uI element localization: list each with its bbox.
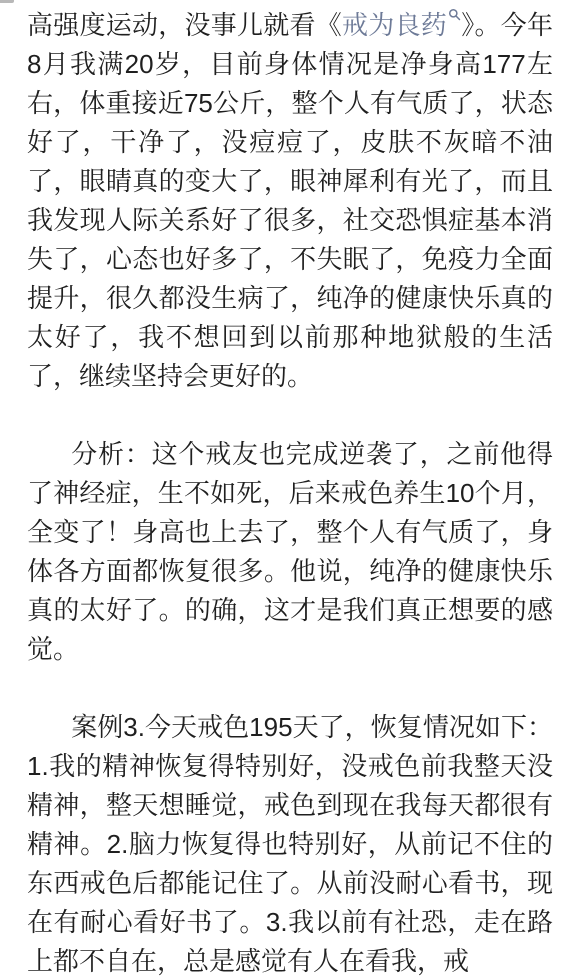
search-icon[interactable] xyxy=(448,8,461,21)
book-title-link[interactable]: 戒为良药 xyxy=(342,10,461,40)
book-title-text: 戒为良药 xyxy=(342,10,447,40)
paragraph-2: 分析：这个戒友也完成逆袭了，之前他得了神经症，生不如死，后来戒色养生10个月，全… xyxy=(27,435,553,669)
screen-edge-artifact xyxy=(0,0,14,3)
paragraph-1-lead-text: 高强度运动，没事儿就看《 xyxy=(27,10,342,40)
paragraph-1: 高强度运动，没事儿就看《戒为良药》。今年8月我满20岁，目前身体情况是净身高17… xyxy=(27,6,553,396)
paragraph-1-rest-text: 》。今年8月我满20岁，目前身体情况是净身高177左右，体重接近75公斤，整个人… xyxy=(27,10,553,391)
article-page: 高强度运动，没事儿就看《戒为良药》。今年8月我满20岁，目前身体情况是净身高17… xyxy=(0,0,580,976)
paragraph-3: 案例3.今天戒色195天了，恢复情况如下：1.我的精神恢复得特别好，没戒色前我整… xyxy=(27,708,553,976)
